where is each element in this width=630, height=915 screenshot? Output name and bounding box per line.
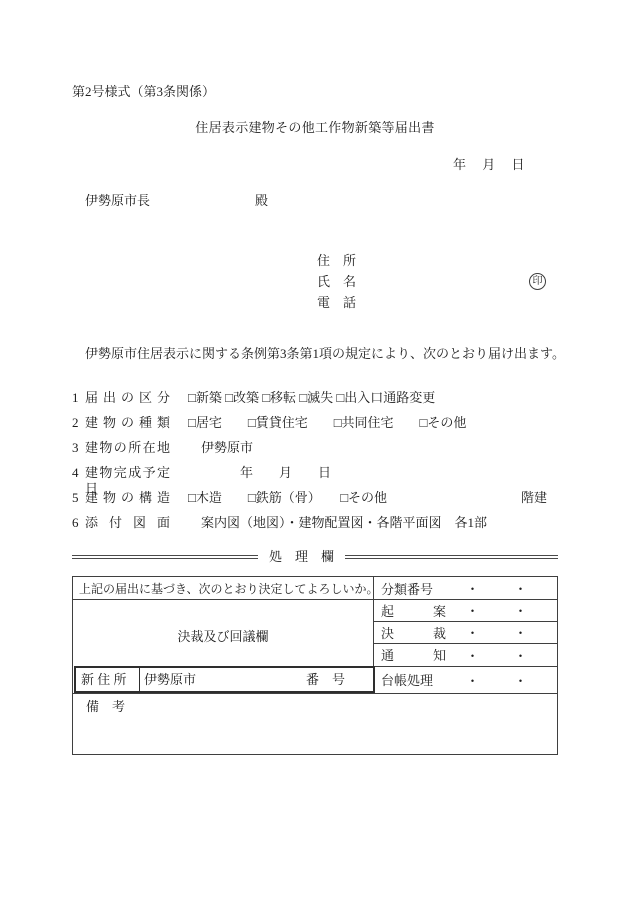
form-item-building-kind: 2 建物の種類 □居宅 □賃貸住宅 □共同住宅 □その他 [72, 415, 558, 433]
row-label: 分類番号 [381, 579, 433, 598]
date-separator-dot: ・ [514, 601, 527, 620]
item-number: 5 [72, 490, 79, 506]
item-checkbox-options: □居宅 □賃貸住宅 □共同住宅 □その他 [188, 415, 466, 431]
item-value: 伊勢原市 [188, 440, 253, 456]
processing-table: 上記の届出に基づき、次のとおり決定してよろしいか。 決裁及び回議欄 分類番号 ・… [72, 576, 558, 755]
floors-suffix: 階建 [521, 490, 547, 506]
date-separator-dot: ・ [466, 670, 479, 689]
form-item-building-location: 3 建物の所在地 伊勢原市 [72, 440, 558, 458]
item-checkbox-options: □木造 □鉄筋（骨） □その他 [188, 490, 387, 506]
seal-character: 印 [533, 277, 543, 287]
new-address-label: 新 住 所 [81, 672, 127, 688]
form-item-attached-drawings: 6 添付図面 案内図（地図）・建物配置図・各階平面図 各1部 [72, 515, 558, 533]
applicant-phone-label: 電 話 [317, 295, 356, 311]
item-number: 4 [72, 465, 79, 481]
processing-row-draft: 起 案 ・ ・ [373, 599, 557, 621]
item-value: 年 月 日 [188, 465, 331, 481]
item-label: 届出の区分 [85, 390, 170, 406]
table-divider [73, 599, 373, 600]
item-checkbox-options: □新築 □改築 □移転 □滅失 □出入口通路変更 [188, 390, 435, 406]
item-label: 建物の構造 [85, 490, 170, 506]
processing-row-approval: 決 裁 ・ ・ [373, 621, 557, 643]
item-number: 2 [72, 415, 79, 431]
date-separator-dot: ・ [514, 579, 527, 598]
item-label: 建物の種類 [85, 415, 170, 431]
applicant-address-label: 住 所 [317, 253, 356, 269]
item-number: 1 [72, 390, 79, 406]
document-page: 第2号様式（第3条関係） 住居表示建物その他工作物新築等届出書 年 月 日 伊勢… [0, 0, 630, 915]
processing-header-label: 処 理 欄 [269, 549, 334, 565]
addressee-honorific: 殿 [255, 193, 268, 209]
form-item-building-structure: 5 建物の構造 □木造 □鉄筋（骨） □その他 階建 [72, 490, 558, 508]
processing-row-notification: 通 知 ・ ・ [373, 643, 557, 666]
date-separator-dot: ・ [514, 645, 527, 664]
date-line: 年 月 日 [453, 157, 525, 173]
processing-section-header: 処 理 欄 [72, 549, 558, 565]
new-address-box-divider [139, 668, 140, 691]
item-number: 3 [72, 440, 79, 456]
item-label: 添付図面 [85, 515, 170, 531]
approval-box-label: 決裁及び回議欄 [73, 629, 373, 645]
double-rule-left [72, 555, 258, 559]
date-separator-dot: ・ [514, 670, 527, 689]
date-separator-dot: ・ [514, 623, 527, 642]
date-separator-dot: ・ [466, 623, 479, 642]
item-value: 案内図（地図）・建物配置図・各階平面図 各1部 [188, 515, 487, 531]
row-label: 決 裁 [381, 623, 446, 642]
form-number: 第2号様式（第3条関係） [72, 84, 215, 100]
addressee: 伊勢原市長 [85, 193, 150, 209]
item-label: 建物の所在地 [85, 440, 170, 456]
row-label: 起 案 [381, 601, 446, 620]
declaration-text: 伊勢原市住居表示に関する条例第3条第1項の規定により、次のとおり届け出ます。 [85, 346, 565, 362]
seal-icon: 印 [529, 273, 546, 290]
row-label: 通 知 [381, 645, 446, 664]
double-rule-right [345, 555, 558, 559]
item-number: 6 [72, 515, 79, 531]
form-item-report-type: 1 届出の区分 □新築 □改築 □移転 □滅失 □出入口通路変更 [72, 390, 558, 408]
table-divider [73, 693, 557, 694]
row-label: 台帳処理 [381, 670, 433, 689]
processing-row-classification-number: 分類番号 ・ ・ [373, 577, 557, 599]
date-separator-dot: ・ [466, 601, 479, 620]
processing-row-ledger: 台帳処理 ・ ・ [373, 666, 557, 693]
new-address-number-label: 番 号 [306, 672, 345, 688]
applicant-name-label: 氏 名 [317, 274, 356, 290]
date-separator-dot: ・ [466, 645, 479, 664]
date-separator-dot: ・ [466, 579, 479, 598]
form-item-completion-date: 4 建物完成予定日 年 月 日 [72, 465, 558, 483]
approval-question: 上記の届出に基づき、次のとおり決定してよろしいか。 [79, 581, 379, 597]
form-title: 住居表示建物その他工作物新築等届出書 [72, 120, 558, 136]
new-address-city: 伊勢原市 [144, 672, 196, 688]
remarks-label: 備 考 [86, 699, 125, 715]
